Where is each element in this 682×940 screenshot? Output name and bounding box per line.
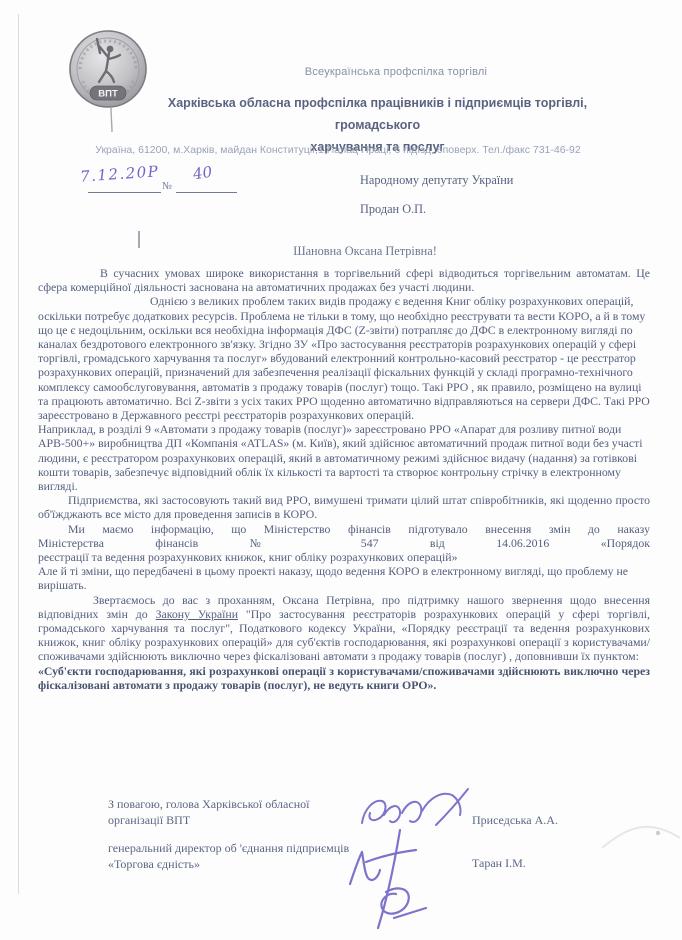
text-segment: Наприклад, в розділі 9 «Автомати з прода… <box>38 422 643 493</box>
handwritten-number: 40 <box>192 163 214 184</box>
text-segment: Підприємства, які застосовують такий вид… <box>38 493 650 521</box>
body-paragraph: реєстрації та ведення розрахункових книж… <box>38 550 650 564</box>
addressee-name: Продан О.П. <box>360 202 426 217</box>
union-stamp-icon: ВПТ <box>66 26 152 134</box>
body-paragraph: Наприклад, в розділі 9 «Автомати з прода… <box>38 422 650 493</box>
text-segment: Але й ті зміни, що передбачені в цьому п… <box>38 564 628 592</box>
body-paragraph: Але й ті зміни, що передбачені в цьому п… <box>38 564 650 592</box>
body-paragraph: Міністерства фінансів № 547 від 14.06.20… <box>38 536 650 550</box>
org-name-line-1: Харківська обласна профспілка працівникі… <box>150 92 605 136</box>
text-segment: реєстрації та ведення розрахункових книж… <box>38 550 457 564</box>
signature-title-1: З повагою, голова Харківської обласної о… <box>108 797 353 828</box>
signature-title-2: генеральний директор об 'єднання підприє… <box>108 841 353 872</box>
scan-stroke-artifact <box>138 231 140 248</box>
scanned-letter-page: ВПТ Всеукраїнська профспілка торгівлі Ха… <box>0 0 682 940</box>
body-paragraph: Однією з великих проблем таких видів про… <box>38 294 650 422</box>
letter-body: В сучасних умовах широке використання в … <box>38 266 650 692</box>
signature-scribble-2 <box>338 826 453 934</box>
handwritten-date: 7.12.20Р <box>79 162 159 185</box>
text-segment: Ми маємо інформацію, що Міністерство фін… <box>68 522 650 536</box>
addressee-position: Народному депутату України <box>360 173 513 188</box>
salutation: Шановна Оксана Петрівна! <box>240 244 490 259</box>
date-underline <box>88 192 161 193</box>
body-paragraph: Звертаємось до вас з проханням, Оксана П… <box>38 593 650 664</box>
text-segment: Однією з великих проблем таких видів про… <box>38 294 650 422</box>
text-segment: В сучасних умовах широке використання в … <box>38 266 650 294</box>
text-segment: Міністерства фінансів № 547 від 14.06.20… <box>38 536 650 550</box>
signature-name-2: Таран І.М. <box>472 856 526 871</box>
scan-page-edge-line <box>18 14 19 894</box>
stamp-vpt-label: ВПТ <box>98 89 118 100</box>
body-paragraph: «Суб'єкти господарювання, які розрахунко… <box>38 664 650 692</box>
body-paragraph: Ми маємо інформацію, що Міністерство фін… <box>38 522 650 536</box>
body-paragraph: Підприємства, які застосовують такий вид… <box>38 493 650 521</box>
body-paragraph: В сучасних умовах широке використання в … <box>38 266 650 294</box>
number-underline <box>176 192 237 193</box>
org-parent-name: Всеукраїнська профспілка торгівлі <box>250 66 542 78</box>
underlined-text: Закону України <box>156 607 238 621</box>
scan-curve-artifact <box>600 812 682 857</box>
text-segment: «Суб'єкти господарювання, які розрахунко… <box>38 664 650 692</box>
number-sign: № <box>162 181 172 192</box>
org-address: Україна, 61200, м.Харків, майдан Констит… <box>88 144 588 156</box>
